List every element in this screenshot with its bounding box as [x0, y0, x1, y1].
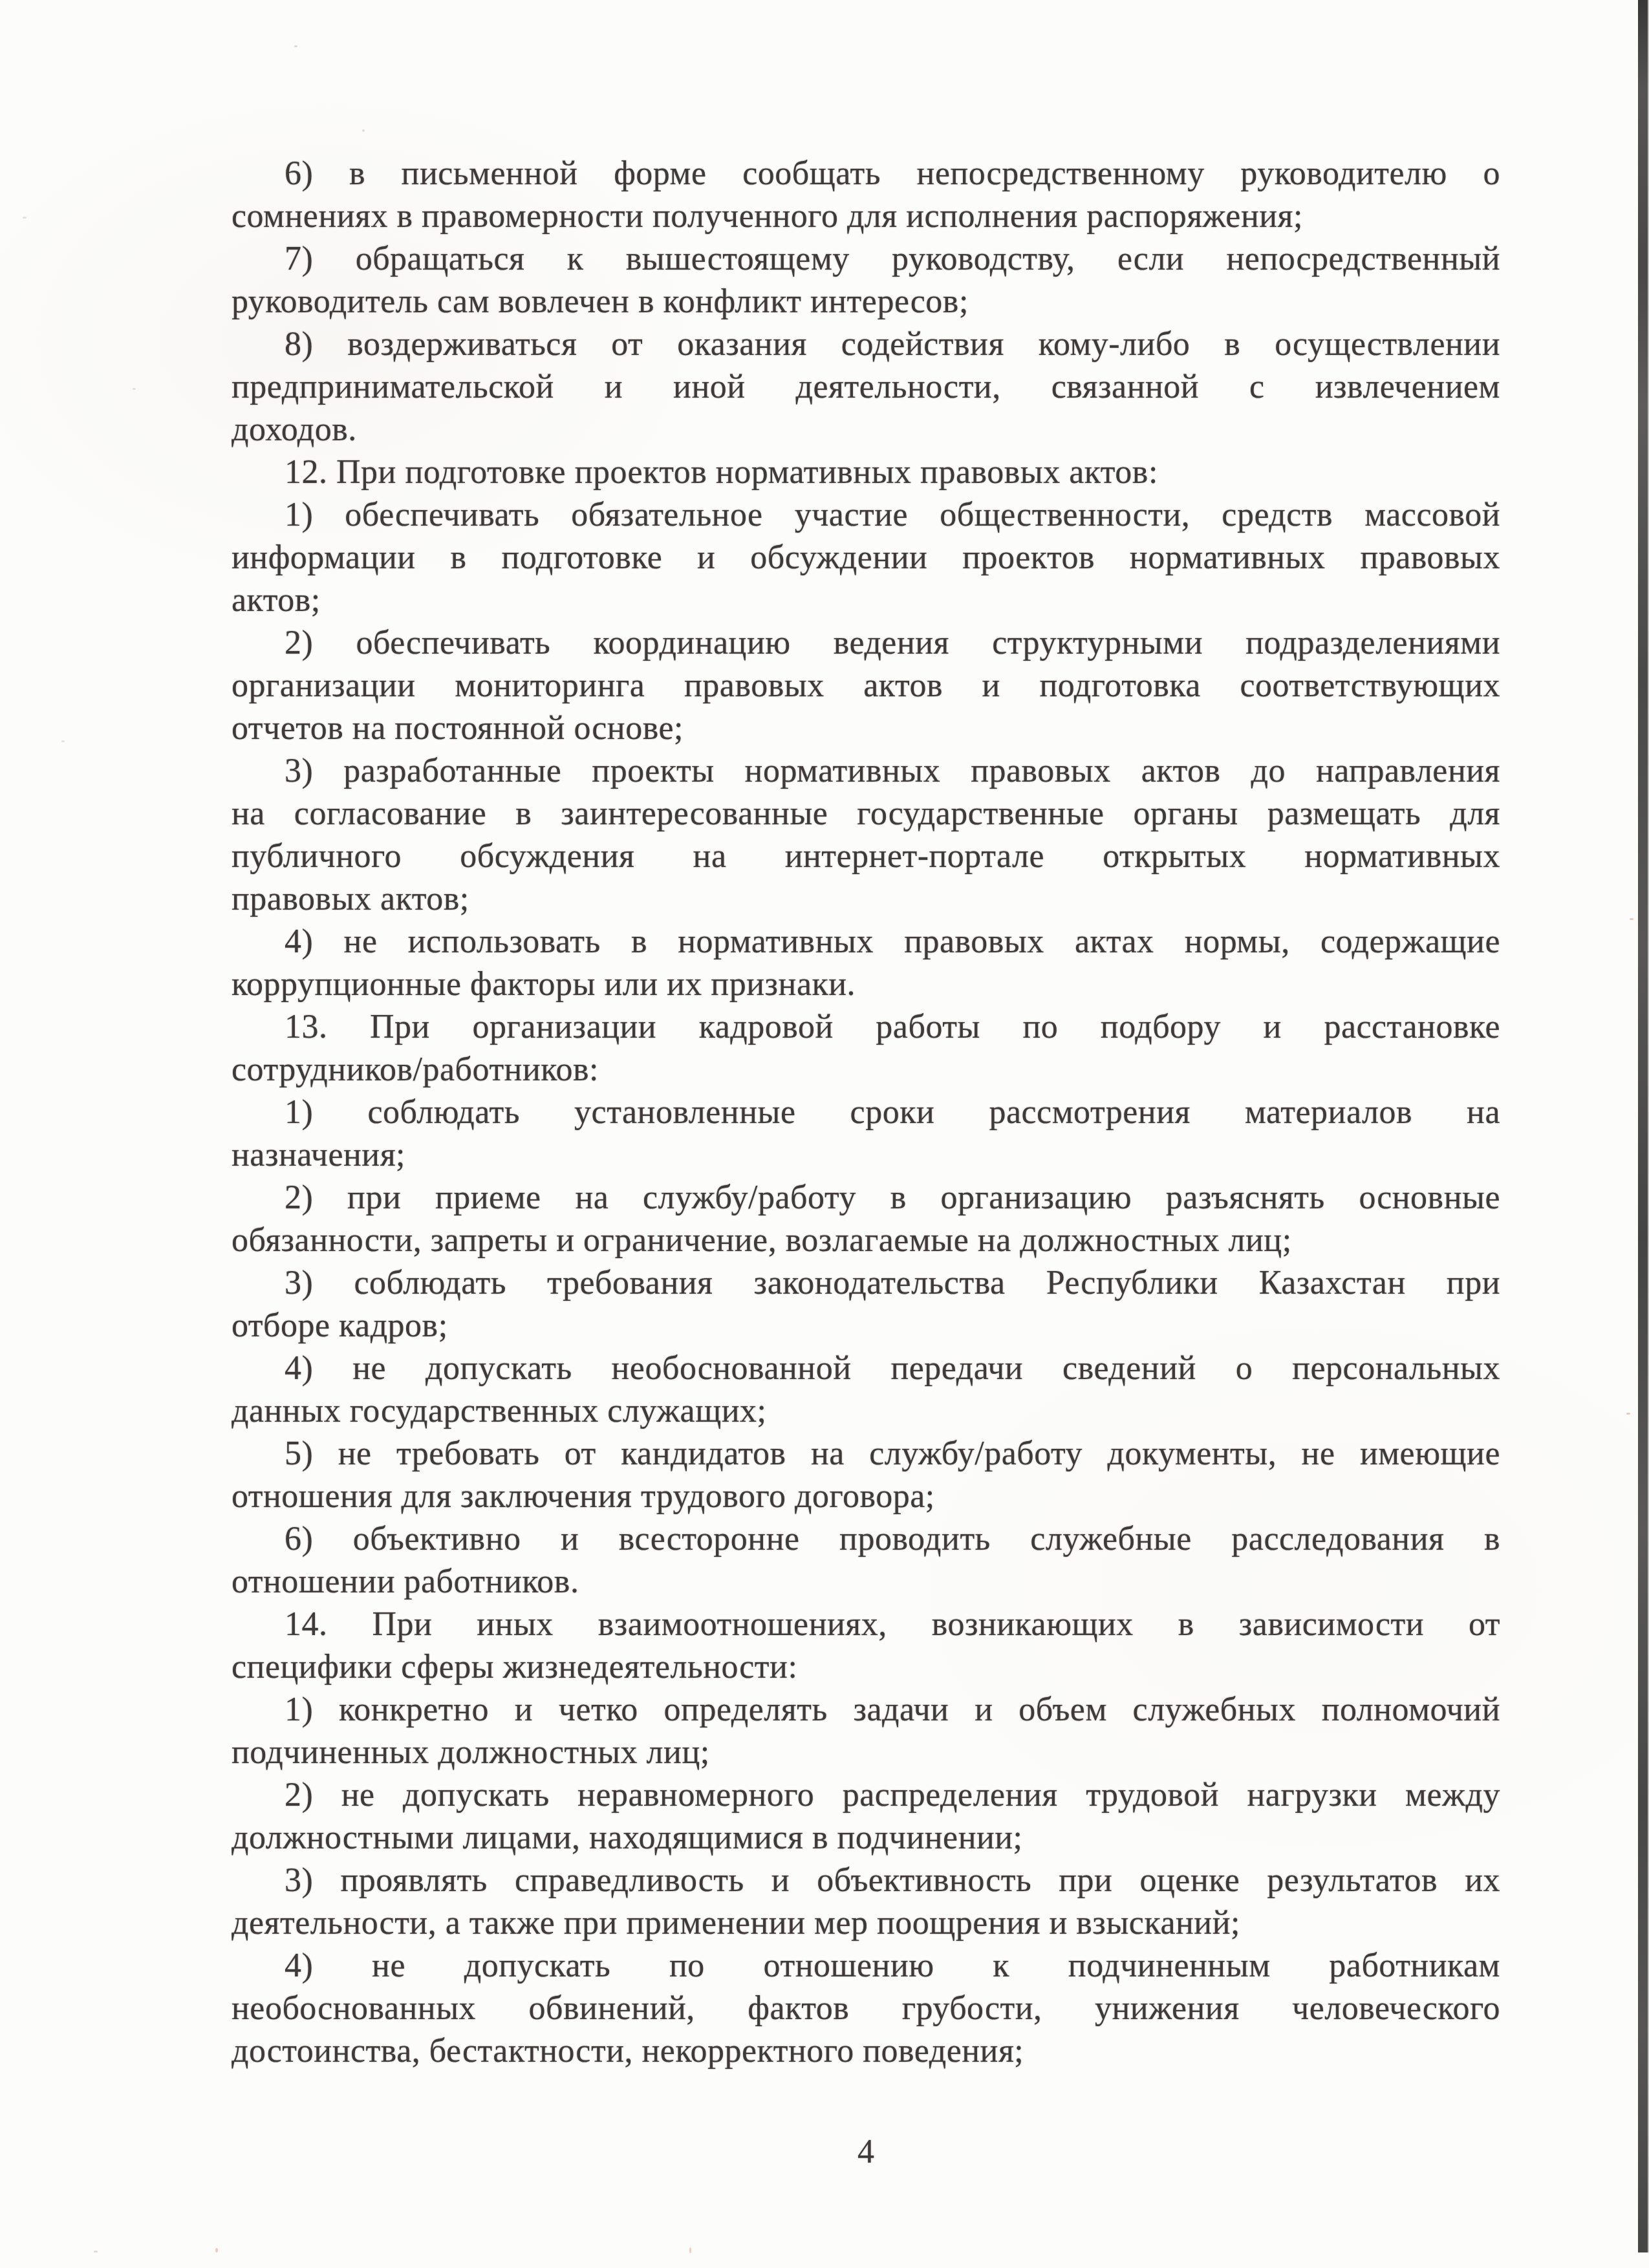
text-line: коррупционные факторы или их признаки. [232, 963, 1500, 1006]
text-line: руководитель сам вовлечен в конфликт инт… [232, 281, 1500, 323]
text-line: предпринимательской и иной деятельности,… [232, 366, 1500, 409]
text-line: данных государственных служащих; [232, 1390, 1500, 1433]
text-line: достоинства, бестактности, некорректного… [232, 2030, 1500, 2073]
text-line: 4) не допускать необоснованной передачи … [232, 1347, 1500, 1390]
text-line: 4) не допускать по отношению к подчиненн… [232, 1945, 1500, 1987]
text-line: правовых актов; [232, 878, 1500, 921]
text-line: должностными лицами, находящимися в подч… [232, 1817, 1500, 1859]
text-line: 2) не допускать неравномерного распредел… [232, 1774, 1500, 1817]
text-line: отборе кадров; [232, 1305, 1500, 1347]
text-line: обязанности, запреты и ограничение, возл… [232, 1219, 1500, 1262]
text-line: отношении работников. [232, 1561, 1500, 1603]
scan-speck [1630, 918, 1633, 920]
scanner-edge-shadow [1638, 0, 1648, 2252]
scan-speck [23, 217, 27, 219]
text-line: отношения для заключения трудового догов… [232, 1475, 1500, 1518]
text-line: 6) объективно и всесторонне проводить сл… [232, 1518, 1500, 1561]
text-line: необоснованных обвинений, фактов грубост… [232, 1987, 1500, 2030]
text-line: назначения; [232, 1134, 1500, 1177]
text-line: организации мониторинга правовых актов и… [232, 665, 1500, 707]
text-line: 8) воздерживаться от оказания содействия… [232, 323, 1500, 366]
text-line: 2) при приеме на службу/работу в организ… [232, 1177, 1500, 1219]
scan-speck [133, 388, 136, 390]
page-number: 4 [232, 2131, 1500, 2174]
scan-speck [689, 2247, 691, 2253]
text-line: 14. При иных взаимоотношениях, возникающ… [232, 1603, 1500, 1646]
text-line: доходов. [232, 409, 1500, 451]
text-line: информации в подготовке и обсуждении про… [232, 537, 1500, 579]
text-line: отчетов на постоянной основе; [232, 707, 1500, 750]
text-line: 13. При организации кадровой работы по п… [232, 1006, 1500, 1049]
document-text: 6) в письменной форме сообщать непосредс… [232, 153, 1500, 2073]
text-line: деятельности, а также при применении мер… [232, 1902, 1500, 1945]
text-line: подчиненных должностных лиц; [232, 1731, 1500, 1774]
scan-speck [215, 2248, 218, 2252]
text-line: 1) обеспечивать обязательное участие общ… [232, 494, 1500, 537]
text-line: 3) проявлять справедливость и объективно… [232, 1859, 1500, 1902]
text-line: сотрудников/работников: [232, 1049, 1500, 1091]
text-line: 1) соблюдать установленные сроки рассмот… [232, 1091, 1500, 1134]
text-line: 3) соблюдать требования законодательства… [232, 1262, 1500, 1305]
scan-speck [362, 129, 365, 132]
scan-speck [1626, 1413, 1630, 1415]
scan-speck [61, 740, 65, 742]
text-line: сомнениях в правомерности полученного дл… [232, 195, 1500, 238]
text-line: 5) не требовать от кандидатов на службу/… [232, 1433, 1500, 1475]
scan-speck [94, 2251, 98, 2252]
text-line: на согласование в заинтересованные госуд… [232, 793, 1500, 835]
text-line: актов; [232, 579, 1500, 622]
text-line: 3) разработанные проекты нормативных пра… [232, 750, 1500, 793]
text-line: 7) обращаться к вышестоящему руководству… [232, 238, 1500, 281]
text-line: специфики сферы жизнедеятельности: [232, 1646, 1500, 1689]
text-line: 4) не использовать в нормативных правовы… [232, 921, 1500, 963]
text-line: 12. При подготовке проектов нормативных … [232, 451, 1500, 494]
text-line: 2) обеспечивать координацию ведения стру… [232, 622, 1500, 665]
scan-speck [294, 45, 297, 47]
text-line: 1) конкретно и четко определять задачи и… [232, 1689, 1500, 1731]
text-line: 6) в письменной форме сообщать непосредс… [232, 153, 1500, 195]
text-line: публичного обсуждения на интернет-портал… [232, 835, 1500, 878]
